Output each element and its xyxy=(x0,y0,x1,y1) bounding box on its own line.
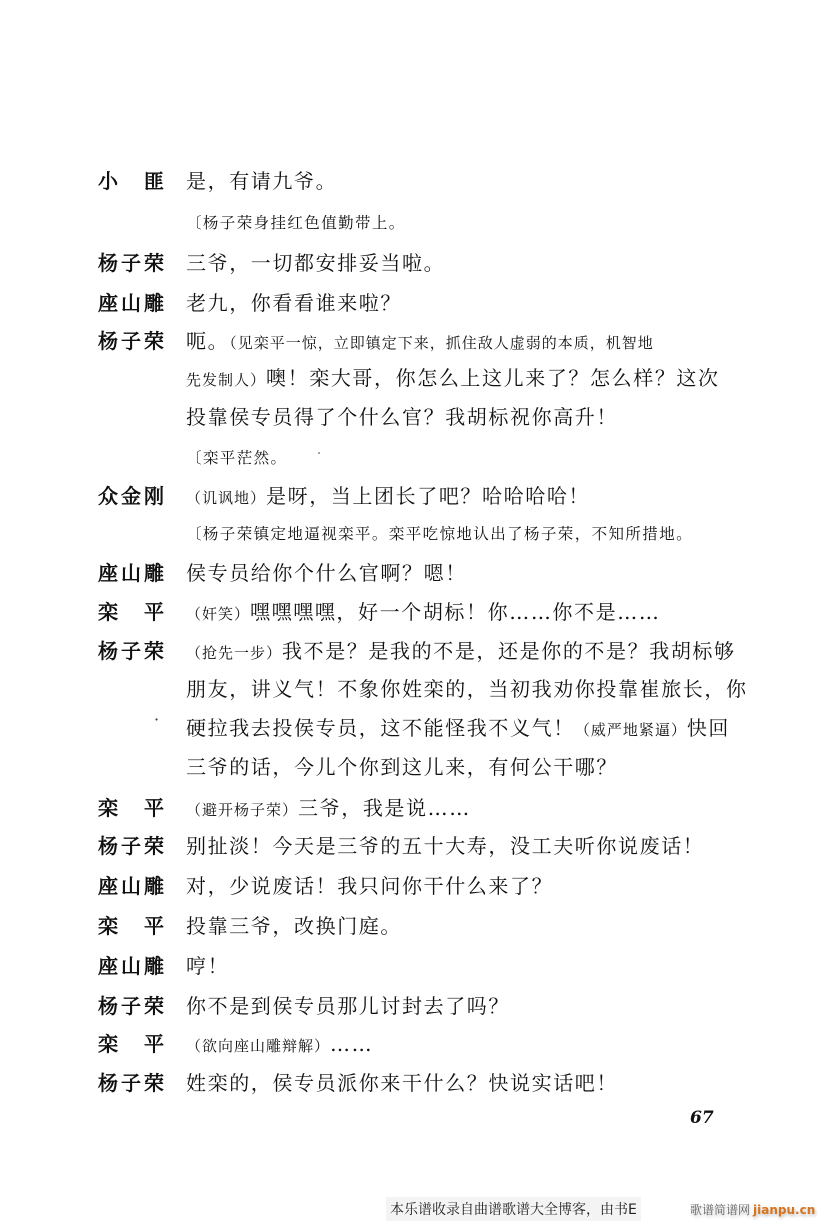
spoken-text: 快回 xyxy=(687,716,730,740)
spoken-text: 三爷，一切都安排妥当啦。 xyxy=(186,251,445,275)
page-number: 67 xyxy=(690,1108,714,1128)
speech-text: （抢先一步）我不是？是我的不是，还是你的不是？我胡标够 xyxy=(186,633,736,671)
speaker-name: 栾平 xyxy=(98,790,164,826)
speaker-name: 杨子荣 xyxy=(98,1065,164,1101)
acting-direction: （奸笑） xyxy=(186,605,250,623)
spoken-text: 别扯淡！今天是三爷的五十大寿，没工夫听你说废话！ xyxy=(186,834,704,858)
speaker-name: 栾平 xyxy=(98,1026,164,1062)
spoken-text: 三爷的话，今儿个你到这儿来，有何公干哪？ xyxy=(186,755,618,779)
speech-text: 投靠三爷，改换门庭。 xyxy=(186,908,402,944)
speaker-name: 杨子荣 xyxy=(98,988,164,1024)
acting-direction: （抢先一步） xyxy=(186,644,282,662)
speech-text: 投靠侯专员得了个什么官？我胡标祝你高升！ xyxy=(186,399,618,435)
footer-watermark: 本乐谱收录自曲谱歌谱大全博客，由书E xyxy=(386,1197,641,1221)
speaker-name: 栾平 xyxy=(98,908,164,944)
spoken-text: 噢！栾大哥，你怎么上这儿来了？怎么样？这次 xyxy=(266,366,720,390)
speaker-name: 杨子荣 xyxy=(98,633,164,669)
spoken-text: 你不是到侯专员那儿讨封去了吗？ xyxy=(186,994,510,1018)
spoken-text: …… xyxy=(330,1032,373,1056)
site-domain-link[interactable]: jianpu.cn xyxy=(753,1203,815,1217)
speech-text: （避开杨子荣）三爷，我是说…… xyxy=(186,790,471,828)
spoken-text: 三爷，我是说…… xyxy=(298,796,471,820)
spoken-text: 我不是？是我的不是，还是你的不是？我胡标够 xyxy=(282,639,736,663)
scan-speck xyxy=(318,452,320,454)
spoken-text: 是，有请九爷。 xyxy=(186,169,337,193)
spoken-text: 投靠侯专员得了个什么官？我胡标祝你高升！ xyxy=(186,405,618,429)
spoken-text: 呃。 xyxy=(186,329,229,353)
speech-text: （讥讽地）是呀，当上团长了吧？哈哈哈哈！ xyxy=(186,478,590,516)
stage-direction-text: 〔栾平茫然。 xyxy=(186,440,287,476)
stage-direction-text: 〔杨子荣身挂红色值勤带上。 xyxy=(186,205,406,241)
speech-text: 硬拉我去投侯专员，这不能怪我不义气！（威严地紧逼）快回 xyxy=(186,710,730,748)
speaker-name: 众金刚 xyxy=(98,478,164,514)
speaker-name: 杨子荣 xyxy=(98,323,164,359)
site-badge[interactable]: 歌谱简谱网jianpu.cn xyxy=(690,1201,815,1218)
spoken-text: 朋友，讲义气！不象你姓栾的，当初我劝你投靠崔旅长，你 xyxy=(186,677,748,701)
acting-direction: 先发制人） xyxy=(186,371,266,389)
speaker-name: 座山雕 xyxy=(98,555,164,591)
site-label: 歌谱简谱网 xyxy=(690,1203,750,1217)
speaker-name: 小匪 xyxy=(98,163,164,199)
spoken-text: 是呀，当上团长了吧？哈哈哈哈！ xyxy=(266,484,590,508)
speaker-name: 座山雕 xyxy=(98,948,164,984)
speaker-name: 栾平 xyxy=(98,594,164,630)
spoken-text: 嘿嘿嘿嘿，好一个胡标！你……你不是…… xyxy=(250,600,660,624)
spoken-text: 投靠三爷，改换门庭。 xyxy=(186,914,402,938)
speech-text: 对，少说废话！我只问你干什么来了？ xyxy=(186,868,553,904)
speaker-name: 座山雕 xyxy=(98,285,164,321)
script-page: 小匪是，有请九爷。〔杨子荣身挂红色值勤带上。杨子荣三爷，一切都安排妥当啦。座山雕… xyxy=(0,0,840,1231)
speech-text: 是，有请九爷。 xyxy=(186,163,337,199)
speech-text: 先发制人）噢！栾大哥，你怎么上这儿来了？怎么样？这次 xyxy=(186,360,720,398)
spoken-text: 对，少说废话！我只问你干什么来了？ xyxy=(186,874,553,898)
speech-text: 哼！ xyxy=(186,948,229,984)
speech-text: 呃。（见栾平一惊，立即镇定下来，抓住敌人虚弱的本质，机智地 xyxy=(186,323,654,361)
speech-text: 朋友，讲义气！不象你姓栾的，当初我劝你投靠崔旅长，你 xyxy=(186,671,748,707)
spoken-text: 姓栾的，侯专员派你来干什么？快说实话吧！ xyxy=(186,1071,618,1095)
acting-direction: （避开杨子荣） xyxy=(186,801,298,819)
acting-direction: （见栾平一惊，立即镇定下来，抓住敌人虚弱的本质，机智地 xyxy=(229,334,654,352)
speaker-name: 杨子荣 xyxy=(98,828,164,864)
spoken-text: 哼！ xyxy=(186,954,229,978)
speech-text: 你不是到侯专员那儿讨封去了吗？ xyxy=(186,988,510,1024)
spoken-text: 硬拉我去投侯专员，这不能怪我不义气！ xyxy=(186,716,575,740)
speech-text: 老九，你看看谁来啦？ xyxy=(186,285,402,321)
acting-direction: （威严地紧逼） xyxy=(575,721,687,739)
spoken-text: 侯专员给你个什么官啊？嗯！ xyxy=(186,561,467,585)
acting-direction: （欲向座山雕辩解） xyxy=(186,1037,330,1055)
speech-text: 三爷的话，今儿个你到这儿来，有何公干哪？ xyxy=(186,749,618,785)
stray-dot-mark: · xyxy=(154,710,159,729)
spoken-text: 老九，你看看谁来啦？ xyxy=(186,291,402,315)
speech-text: 侯专员给你个什么官啊？嗯！ xyxy=(186,555,467,591)
speech-text: 别扯淡！今天是三爷的五十大寿，没工夫听你说废话！ xyxy=(186,828,704,864)
acting-direction: （讥讽地） xyxy=(186,489,266,507)
speech-text: 姓栾的，侯专员派你来干什么？快说实话吧！ xyxy=(186,1065,618,1101)
speech-text: （欲向座山雕辩解）…… xyxy=(186,1026,373,1064)
stage-direction-text: 〔杨子荣镇定地逼视栾平。栾平吃惊地认出了杨子荣，不知所措地。 xyxy=(186,516,693,552)
speaker-name: 座山雕 xyxy=(98,868,164,904)
speaker-name: 杨子荣 xyxy=(98,245,164,281)
speech-text: （奸笑）嘿嘿嘿嘿，好一个胡标！你……你不是…… xyxy=(186,594,660,632)
speech-text: 三爷，一切都安排妥当啦。 xyxy=(186,245,445,281)
